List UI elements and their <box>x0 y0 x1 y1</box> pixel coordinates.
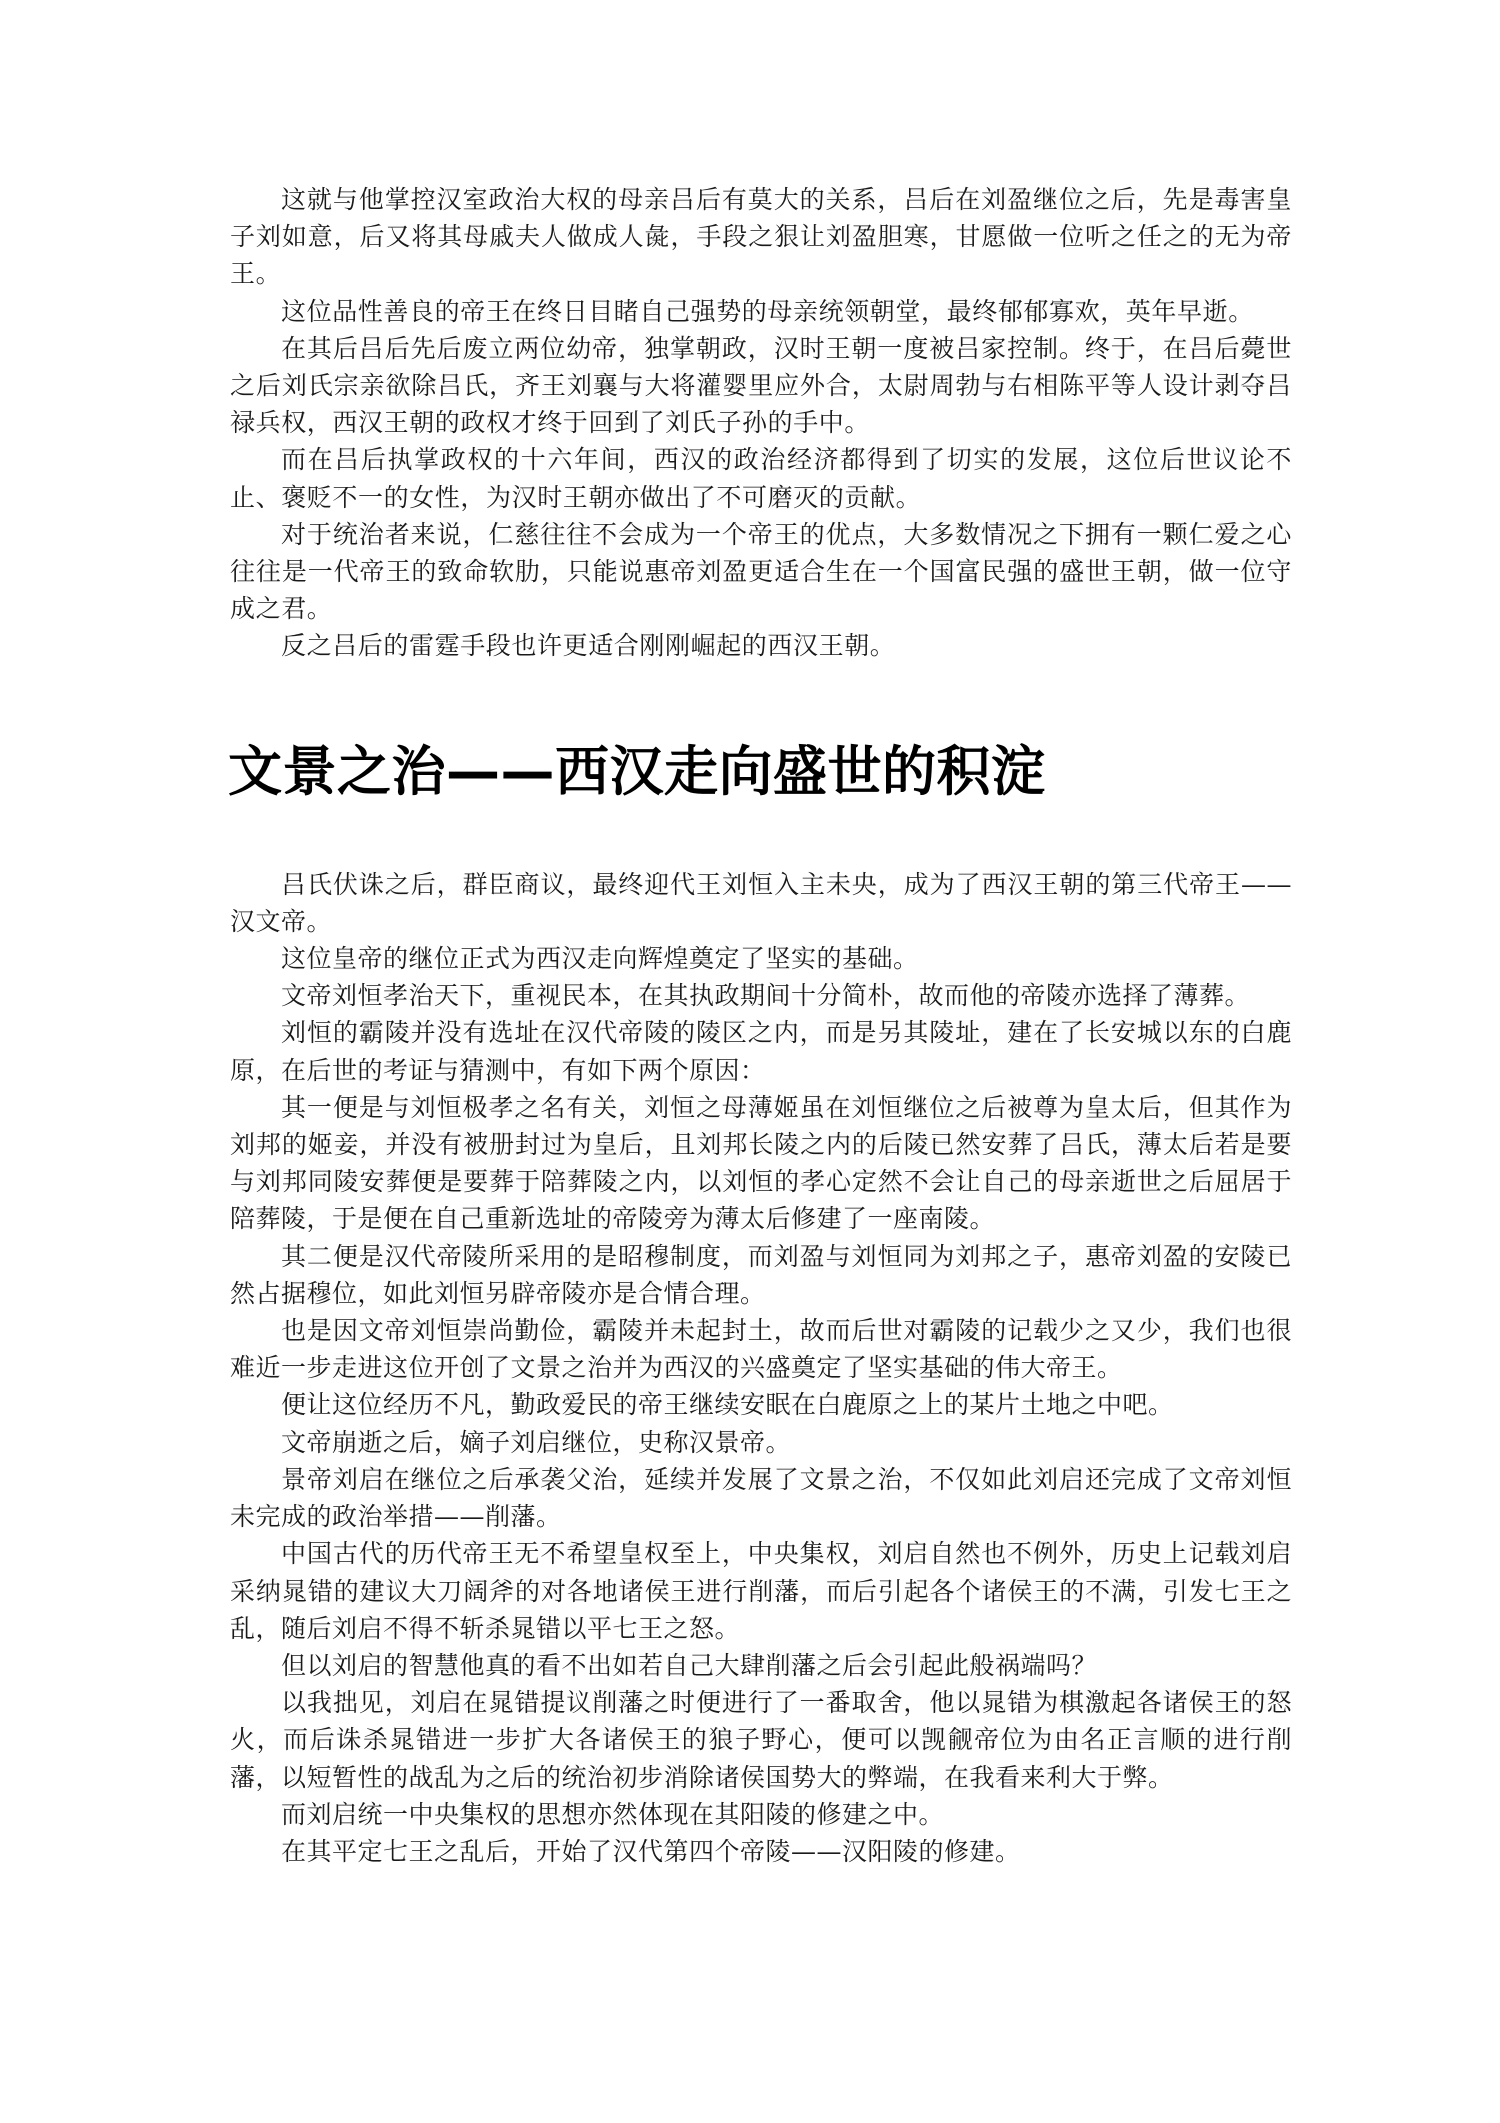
paragraph: 文帝刘恒孝治天下，重视民本，在其执政期间十分简朴，故而他的帝陵亦选择了薄葬。 <box>230 977 1292 1014</box>
paragraph: 景帝刘启在继位之后承袭父治，延续并发展了文景之治，不仅如此刘启还完成了文帝刘恒未… <box>230 1461 1292 1535</box>
section-heading: 文景之治——西汉走向盛世的积淀 <box>228 740 1292 804</box>
paragraph: 文帝崩逝之后，嫡子刘启继位，史称汉景帝。 <box>230 1424 1292 1461</box>
paragraph: 这位品性善良的帝王在终日目睹自己强势的母亲统领朝堂，最终郁郁寡欢，英年早逝。 <box>230 293 1292 330</box>
paragraph: 便让这位经历不凡，勤政爱民的帝王继续安眠在白鹿原之上的某片土地之中吧。 <box>230 1386 1292 1423</box>
paragraph: 对于统治者来说，仁慈往往不会成为一个帝王的优点，大多数情况之下拥有一颗仁爱之心往… <box>230 516 1292 628</box>
paragraph: 其二便是汉代帝陵所采用的是昭穆制度，而刘盈与刘恒同为刘邦之子，惠帝刘盈的安陵已然… <box>230 1238 1292 1312</box>
intro-section: 这就与他掌控汉室政治大权的母亲吕后有莫大的关系，吕后在刘盈继位之后，先是毒害皇子… <box>230 181 1292 665</box>
paragraph: 吕氏伏诛之后，群臣商议，最终迎代王刘恒入主未央，成为了西汉王朝的第三代帝王——汉… <box>230 866 1292 940</box>
wenjing-section: 吕氏伏诛之后，群臣商议，最终迎代王刘恒入主未央，成为了西汉王朝的第三代帝王——汉… <box>230 866 1292 1870</box>
paragraph: 而在吕后执掌政权的十六年间，西汉的政治经济都得到了切实的发展，这位后世议论不止、… <box>230 441 1292 515</box>
paragraph: 在其平定七王之乱后，开始了汉代第四个帝陵——汉阳陵的修建。 <box>230 1833 1292 1870</box>
document-page: 这就与他掌控汉室政治大权的母亲吕后有莫大的关系，吕后在刘盈继位之后，先是毒害皇子… <box>230 181 1292 1870</box>
paragraph: 在其后吕后先后废立两位幼帝，独掌朝政，汉时王朝一度被吕家控制。终于，在吕后薨世之… <box>230 330 1292 442</box>
paragraph: 也是因文帝刘恒崇尚勤俭，霸陵并未起封土，故而后世对霸陵的记载少之又少，我们也很难… <box>230 1312 1292 1386</box>
paragraph: 刘恒的霸陵并没有选址在汉代帝陵的陵区之内，而是另其陵址，建在了长安城以东的白鹿原… <box>230 1014 1292 1088</box>
paragraph: 但以刘启的智慧他真的看不出如若自己大肆削藩之后会引起此般祸端吗？ <box>230 1647 1292 1684</box>
paragraph: 反之吕后的雷霆手段也许更适合刚刚崛起的西汉王朝。 <box>230 627 1292 664</box>
paragraph: 其一便是与刘恒极孝之名有关，刘恒之母薄姬虽在刘恒继位之后被尊为皇太后，但其作为刘… <box>230 1089 1292 1238</box>
paragraph: 这就与他掌控汉室政治大权的母亲吕后有莫大的关系，吕后在刘盈继位之后，先是毒害皇子… <box>230 181 1292 293</box>
paragraph: 而刘启统一中央集权的思想亦然体现在其阳陵的修建之中。 <box>230 1796 1292 1833</box>
paragraph: 以我拙见，刘启在晁错提议削藩之时便进行了一番取舍，他以晁错为棋激起各诸侯王的怒火… <box>230 1684 1292 1796</box>
paragraph: 中国古代的历代帝王无不希望皇权至上，中央集权，刘启自然也不例外，历史上记载刘启采… <box>230 1535 1292 1647</box>
paragraph: 这位皇帝的继位正式为西汉走向辉煌奠定了坚实的基础。 <box>230 940 1292 977</box>
